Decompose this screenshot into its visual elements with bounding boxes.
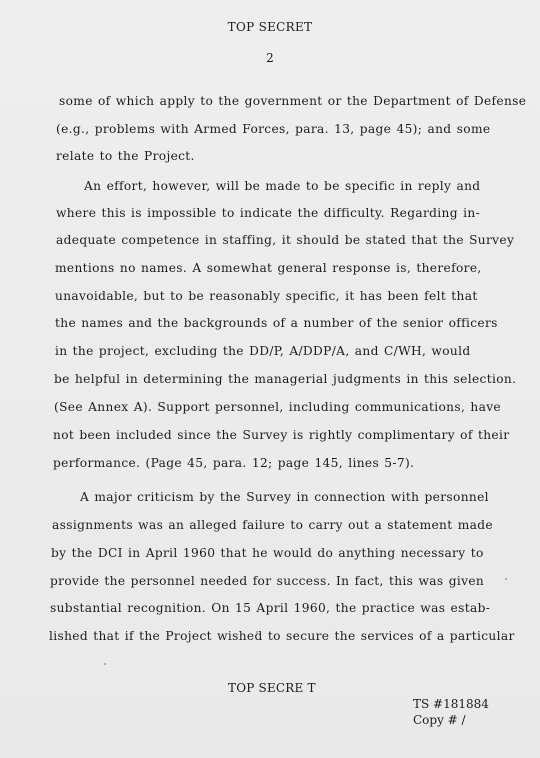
text-line: unavoidable, but to be reasonably specif… [55,289,478,303]
text-line: not been included since the Survey is ri… [53,428,509,442]
text-line: the names and the backgrounds of a numbe… [55,316,498,330]
text-line: lished that if the Project wished to sec… [49,629,515,643]
text-line: An effort, however, will be made to be s… [84,179,480,193]
text-line: relate to the Project. [56,149,195,163]
text-line: (e.g., problems with Armed Forces, para.… [56,122,490,136]
ts-control-number: TS #181884 [413,697,489,711]
text-line: (See Annex A). Support personnel, includ… [54,400,501,414]
header-classification: TOP SECRET [0,20,540,34]
text-line: assignments was an alleged failure to ca… [52,518,493,532]
scan-speck [104,663,106,665]
text-line: provide the personnel needed for success… [50,574,484,588]
text-line: substantial recognition. On 15 April 196… [50,601,490,615]
text-line: be helpful in determining the managerial… [54,372,516,386]
text-line: mentions no names. A somewhat general re… [55,261,482,275]
text-line: by the DCI in April 1960 that he would d… [51,546,484,560]
text-line: where this is impossible to indicate the… [56,206,480,220]
text-line: performance. (Page 45, para. 12; page 14… [53,456,414,470]
copy-number: Copy # / [413,713,466,727]
document-page: TOP SECRET 2 some of which apply to the … [0,0,540,758]
page-number: 2 [0,51,540,65]
footer-classification: TOP SECRE T [228,681,316,695]
text-line: some of which apply to the government or… [59,94,526,108]
text-line: adequate competence in staffing, it shou… [56,233,514,247]
scan-speck [256,631,258,633]
text-line: A major criticism by the Survey in conne… [80,490,489,504]
text-line: in the project, excluding the DD/P, A/DD… [55,344,470,358]
scan-speck [505,578,507,580]
